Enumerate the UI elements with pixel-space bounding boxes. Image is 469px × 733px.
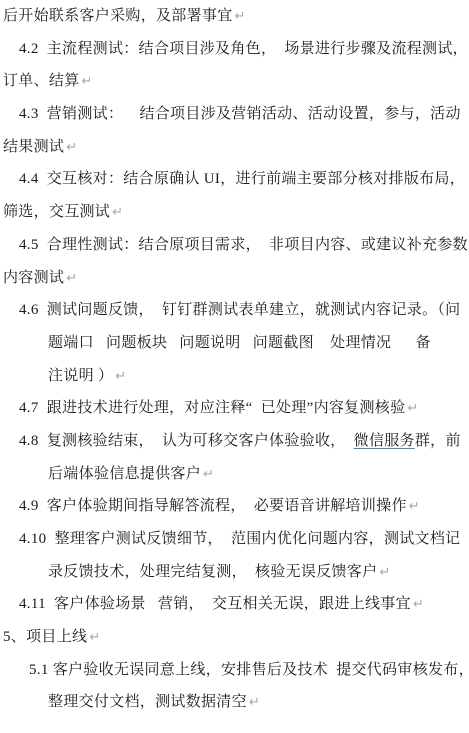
paragraph-mark-icon: ↵: [405, 401, 418, 416]
text-line: 4.7 跟进技术进行处理，对应注释“ 已处理”内容复测核验↵: [0, 392, 469, 425]
text-line: 录反馈技术，处理完结复测， 核验无误反馈客户↵: [0, 556, 469, 589]
underlined-text: 微信服务: [354, 433, 415, 449]
text-segment: 4.8 复测核验结束， 认为可移交客户体验验收，: [19, 433, 354, 449]
text-line: 订单、结算↵: [0, 65, 469, 98]
text-segment: 注说明 ）: [48, 368, 113, 384]
text-segment: 5.1 客户验收无误同意上线，安排售后及技术 提交代码审核发布，: [29, 662, 469, 678]
text-segment: 4.10 整理客户测试反馈细节， 范围内优化问题内容，测试文档记: [19, 531, 460, 547]
text-line: 后端体验信息提供客户↵: [0, 458, 469, 491]
text-segment: 4.3 营销测试： 结合项目涉及营销活动、活动设置，参与，活动: [19, 106, 461, 122]
text-line: 整理交付文档，测试数据清空↵: [0, 686, 469, 719]
text-segment: 4.7 跟进技术进行处理，对应注释“ 已处理”内容复测核验: [19, 400, 405, 416]
paragraph-mark-icon: ↵: [64, 271, 77, 286]
text-segment: 4.2 主流程测试：结合项目涉及角色， 场景进行步骤及流程测试，: [19, 41, 468, 57]
document-body: 后开始联系客户采购，及部署事宜↵4.2 主流程测试：结合项目涉及角色， 场景进行…: [0, 0, 469, 719]
text-line: 结果测试↵: [0, 131, 469, 164]
text-segment: 订单、结算: [3, 73, 80, 89]
paragraph-mark-icon: ↵: [247, 695, 260, 710]
text-line: 题端口 问题板块 问题说明 问题截图 处理情况 备: [0, 327, 469, 360]
text-line: 4.4 交互核对：结合原确认 UI，进行前端主要部分核对排版布局，: [0, 163, 469, 196]
paragraph-mark-icon: ↵: [233, 9, 246, 24]
text-line: 后开始联系客户采购，及部署事宜↵: [0, 0, 469, 33]
text-segment: 4.5 合理性测试：结合原项目需求， 非项目内容、或建议补充参数: [19, 237, 468, 253]
text-segment: 结果测试: [3, 139, 64, 155]
text-segment: 内容测试: [3, 270, 64, 286]
paragraph-mark-icon: ↵: [411, 597, 424, 612]
text-segment: 录反馈技术，处理完结复测， 核验无误反馈客户: [48, 564, 377, 580]
text-segment: 5、项目上线: [3, 629, 87, 645]
paragraph-mark-icon: ↵: [87, 630, 100, 645]
text-line: 4.3 营销测试： 结合项目涉及营销活动、活动设置，参与，活动: [0, 98, 469, 131]
text-segment: 后端体验信息提供客户: [48, 466, 201, 482]
text-line: 4.5 合理性测试：结合原项目需求， 非项目内容、或建议补充参数: [0, 229, 469, 262]
paragraph-mark-icon: ↵: [64, 140, 77, 155]
text-line: 4.6 测试问题反馈， 钉钉群测试表单建立，就测试内容记录。（问: [0, 294, 469, 327]
paragraph-mark-icon: ↵: [407, 499, 420, 514]
document-page: 后开始联系客户采购，及部署事宜↵4.2 主流程测试：结合项目涉及角色， 场景进行…: [0, 0, 469, 733]
text-segment: 题端口 问题板块 问题说明 问题截图 处理情况 备: [48, 335, 431, 351]
text-line: 筛选，交互测试↵: [0, 196, 469, 229]
paragraph-mark-icon: ↵: [201, 467, 214, 482]
text-line: 4.8 复测核验结束， 认为可移交客户体验验收， 微信服务群，前: [0, 425, 469, 458]
text-segment: 群，前: [415, 433, 461, 449]
text-line: 4.11 客户体验场景 营销， 交互相关无误，跟进上线事宜↵: [0, 588, 469, 621]
text-segment: 后开始联系客户采购，及部署事宜: [3, 8, 233, 24]
text-line: 5、项目上线↵: [0, 621, 469, 654]
paragraph-mark-icon: ↵: [377, 565, 390, 580]
text-segment: 筛选，交互测试: [3, 204, 110, 220]
text-line: 4.2 主流程测试：结合项目涉及角色， 场景进行步骤及流程测试，: [0, 33, 469, 66]
text-line: 内容测试↵: [0, 262, 469, 295]
paragraph-mark-icon: ↵: [80, 74, 93, 89]
text-segment: 4.11 客户体验场景 营销， 交互相关无误，跟进上线事宜: [19, 596, 411, 612]
text-line: 5.1 客户验收无误同意上线，安排售后及技术 提交代码审核发布，: [0, 654, 469, 687]
text-segment: 4.6 测试问题反馈， 钉钉群测试表单建立，就测试内容记录。（问: [19, 302, 460, 318]
text-line: 4.10 整理客户测试反馈细节， 范围内优化问题内容，测试文档记: [0, 523, 469, 556]
paragraph-mark-icon: ↵: [113, 369, 126, 384]
text-line: 注说明 ）↵: [0, 360, 469, 393]
text-line: 4.9 客户体验期间指导解答流程， 必要语音讲解培训操作↵: [0, 490, 469, 523]
paragraph-mark-icon: ↵: [110, 205, 123, 220]
text-segment: 4.9 客户体验期间指导解答流程， 必要语音讲解培训操作: [19, 498, 407, 514]
text-segment: 4.4 交互核对：结合原确认 UI，进行前端主要部分核对排版布局，: [19, 171, 465, 187]
text-segment: 整理交付文档，测试数据清空: [48, 694, 247, 710]
